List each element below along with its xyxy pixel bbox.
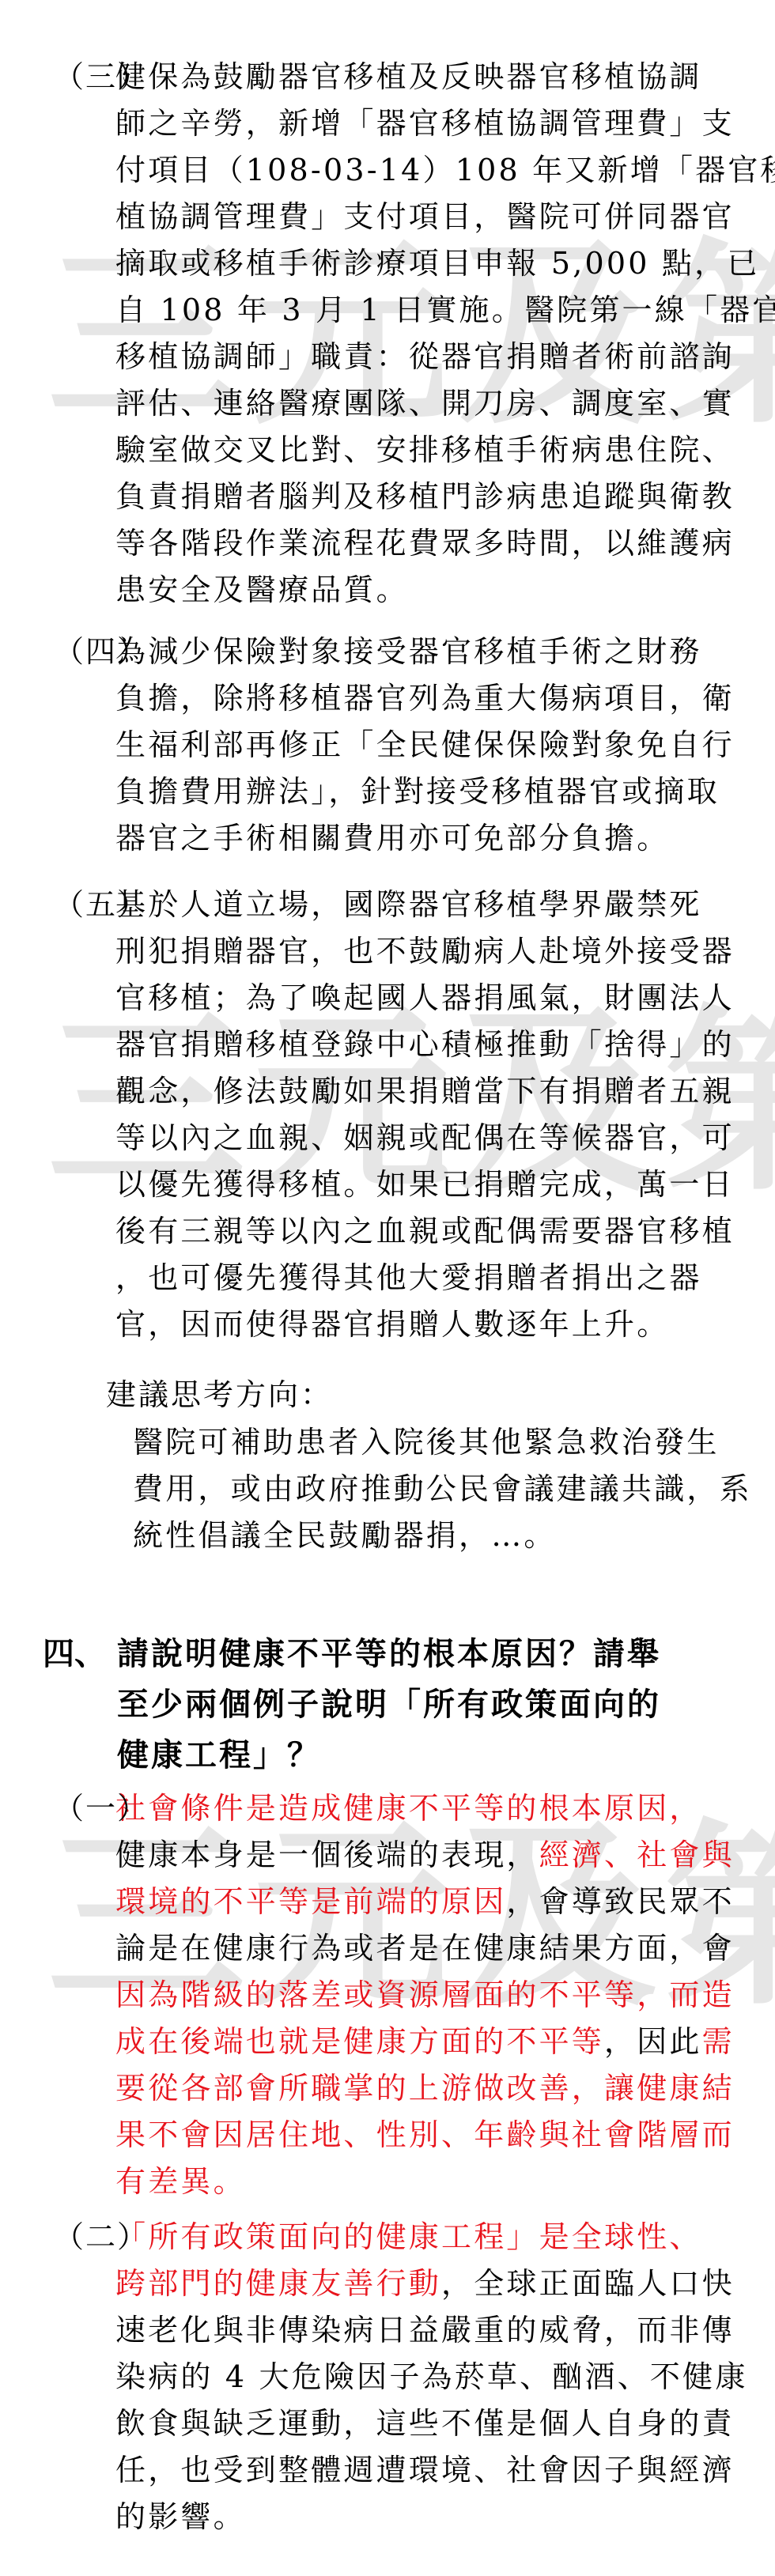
text-line: 官移植；為了喚起國人器捐風氣，財團法人 [115, 975, 750, 1022]
text-segment: 的影響。 [115, 2499, 246, 2534]
text-line: 健康本身是一個後端的表現，經濟、社會與 [115, 1832, 750, 1879]
text-line: 師之辛勞，新增「器官移植協調管理費」支 [115, 100, 750, 147]
text-line: 等以內之血親、姻親或配偶在等候器官，可 [115, 1115, 750, 1161]
text-segment: 速老化與非傳染病日益嚴重的威脅，而非傳 [115, 2313, 735, 2347]
highlighted-text: 經濟、社會與 [539, 1838, 735, 1872]
highlighted-text: 需 [702, 2024, 735, 2059]
highlighted-text: 要從各部會所職掌的上游做改善，讓健康結 [115, 2071, 735, 2106]
section-body: 基於人道立場，國際器官移植學界嚴禁死 刑犯捐贈器官，也不鼓勵病人赴境外接受器 官… [115, 882, 750, 1348]
text-line: 移植協調師」職責：從器官捐贈者術前諮詢 [115, 334, 750, 380]
text-line: 以優先獲得移植。如果已捐贈完成，萬一日 [115, 1161, 750, 1208]
text-line: 成在後端也就是健康方面的不平等，因此需 [115, 2019, 750, 2065]
answer-2: （二） 「所有政策面向的健康工程」是全球性、跨部門的健康友善行動，全球正面臨人口… [54, 2214, 750, 2540]
text-segment: 健康本身是一個後端的表現， [115, 1838, 539, 1872]
text-line: 評估、連絡醫療團隊、開刀房、調度室、實 [115, 380, 750, 427]
text-line: 健保為鼓勵器官移植及反映器官移植協調 [115, 54, 750, 100]
text-line: 付項目（108-03-14）108 年又新增「器官移 [115, 147, 750, 194]
suggestion-body: 醫院可補助患者入院後其他緊急救治發生 費用，或由政府推動公民會議建議共識，系 統… [133, 1419, 752, 1559]
text-line: 刑犯捐贈器官，也不鼓勵病人赴境外接受器 [115, 928, 750, 975]
section-marker: （四） [54, 629, 149, 675]
question-heading: 四、 請說明健康不平等的根本原因？請舉 至少兩個例子說明「所有政策面向的 健康工… [43, 1629, 754, 1781]
highlighted-text: 成在後端也就是健康方面的不平等 [115, 2024, 604, 2059]
text-line: 負擔費用辦法」，針對接受移植器官或摘取 [115, 769, 750, 815]
section-marker: （一） [54, 1785, 149, 1832]
text-line: 因為階級的落差或資源層面的不平等，而造 [115, 1972, 750, 2019]
text-line: 等各階段作業流程花費眾多時間，以維護病 [115, 520, 750, 567]
text-line: 為減少保險對象接受器官移植手術之財務 [115, 629, 750, 675]
text-line: 官，因而使得器官捐贈人數逐年上升。 [115, 1301, 750, 1348]
text-segment: 任，也受到整體週遭環境、社會因子與經濟 [115, 2453, 735, 2487]
text-line: 環境的不平等是前端的原因，會導致民眾不 [115, 1879, 750, 1925]
text-line: 跨部門的健康友善行動，全球正面臨人口快 [115, 2261, 750, 2307]
section-marker: （三） [54, 54, 149, 100]
text-line: ，也可優先獲得其他大愛捐贈者捐出之器 [115, 1255, 750, 1301]
section-body: 健保為鼓勵器官移植及反映器官移植協調 師之辛勞，新增「器官移植協調管理費」支 付… [115, 54, 750, 614]
text-line: 有差異。 [115, 2159, 750, 2205]
section-marker: （五） [54, 882, 149, 928]
highlighted-text: 社會條件是造成健康不平等的根本原因， [115, 1791, 702, 1826]
section-3: （三） 健保為鼓勵器官移植及反映器官移植協調 師之辛勞，新增「器官移植協調管理費… [54, 54, 750, 614]
highlighted-text: 跨部門的健康友善行動 [115, 2266, 441, 2301]
text-line: 染病的 4 大危險因子為菸草、酗酒、不健康 [115, 2354, 750, 2400]
text-line: 摘取或移植手術診療項目申報 5,000 點，已 [115, 240, 750, 287]
section-body: 為減少保險對象接受器官移植手術之財務 負擔，除將移植器官列為重大傷病項目，衛 生… [115, 629, 750, 862]
text-segment: 染病的 4 大危險因子為菸草、酗酒、不健康 [115, 2359, 748, 2394]
highlighted-text: 環境的不平等是前端的原因 [115, 1884, 506, 1919]
text-segment: 論是在健康行為或者是在健康結果方面，會 [115, 1931, 735, 1966]
section-4: （四） 為減少保險對象接受器官移植手術之財務 負擔，除將移植器官列為重大傷病項目… [54, 629, 750, 862]
text-line: 飲食與缺乏運動，這些不僅是個人自身的責 [115, 2400, 750, 2447]
question-line: 至少兩個例子說明「所有政策面向的 [117, 1679, 754, 1730]
text-line: 果不會因居住地、性別、年齡與社會階層而 [115, 2112, 750, 2159]
text-line: 器官捐贈移植登錄中心積極推動「捨得」的 [115, 1022, 750, 1068]
text-line: 生福利部再修正「全民健保保險對象免自行 [115, 722, 750, 769]
text-segment: ，會導致民眾不 [506, 1884, 734, 1919]
text-line: 患安全及醫療品質。 [115, 567, 750, 614]
section-5: （五） 基於人道立場，國際器官移植學界嚴禁死 刑犯捐贈器官，也不鼓勵病人赴境外接… [54, 882, 750, 1348]
text-line: 後有三親等以內之血親或配偶需要器官移植 [115, 1208, 750, 1255]
text-line: 器官之手術相關費用亦可免部分負擔。 [115, 815, 750, 862]
suggestion-label: 建議思考方向： [106, 1372, 333, 1418]
text-line: 觀念，修法鼓勵如果捐贈當下有捐贈者五親 [115, 1068, 750, 1115]
text-line: 論是在健康行為或者是在健康結果方面，會 [115, 1925, 750, 1972]
text-line: 任，也受到整體週遭環境、社會因子與經濟 [115, 2447, 750, 2494]
text-line: 負擔，除將移植器官列為重大傷病項目，衛 [115, 675, 750, 722]
text-line: 自 108 年 3 月 1 日實施。醫院第一線「器官 [115, 287, 750, 334]
text-segment: 飲食與缺乏運動，這些不僅是個人自身的責 [115, 2406, 735, 2441]
question-text: 請說明健康不平等的根本原因？請舉 至少兩個例子說明「所有政策面向的 健康工程」？ [117, 1629, 754, 1781]
highlighted-text: 因為階級的落差或資源層面的不平等，而造 [115, 1977, 735, 2012]
answer-1: （一） 社會條件是造成健康不平等的根本原因，健康本身是一個後端的表現，經濟、社會… [54, 1785, 750, 2205]
question-line: 請說明健康不平等的根本原因？請舉 [117, 1629, 754, 1679]
highlighted-text: 「所有政策面向的健康工程」是全球性、 [115, 2219, 702, 2254]
highlighted-text: 有差異。 [115, 2164, 246, 2199]
text-line: 「所有政策面向的健康工程」是全球性、 [115, 2214, 750, 2261]
text-line: 速老化與非傳染病日益嚴重的威脅，而非傳 [115, 2307, 750, 2354]
text-segment: ，因此 [604, 2024, 702, 2059]
text-segment: ，全球正面臨人口快 [441, 2266, 735, 2301]
answer-body: 社會條件是造成健康不平等的根本原因，健康本身是一個後端的表現，經濟、社會與環境的… [115, 1785, 750, 2205]
question-line: 健康工程」？ [117, 1730, 754, 1781]
text-line: 基於人道立場，國際器官移植學界嚴禁死 [115, 882, 750, 928]
text-line: 的影響。 [115, 2494, 750, 2540]
question-number: 四、 [43, 1629, 106, 1679]
text-line: 驗室做交叉比對、安排移植手術病患住院、 [115, 427, 750, 474]
text-line: 負責捐贈者腦判及移植門診病患追蹤與衛教 [115, 474, 750, 520]
text-line: 植協調管理費」支付項目，醫院可併同器官 [115, 194, 750, 240]
text-line: 要從各部會所職掌的上游做改善，讓健康結 [115, 2065, 750, 2112]
text-line: 社會條件是造成健康不平等的根本原因， [115, 1785, 750, 1832]
text-line: 醫院可補助患者入院後其他緊急救治發生 [133, 1419, 752, 1466]
section-marker: （二） [54, 2214, 149, 2261]
answer-body: 「所有政策面向的健康工程」是全球性、跨部門的健康友善行動，全球正面臨人口快速老化… [115, 2214, 750, 2540]
text-line: 統性倡議全民鼓勵器捐，…。 [133, 1513, 752, 1559]
highlighted-text: 果不會因居住地、性別、年齡與社會階層而 [115, 2117, 735, 2152]
text-line: 費用，或由政府推動公民會議建議共識，系 [133, 1466, 752, 1513]
